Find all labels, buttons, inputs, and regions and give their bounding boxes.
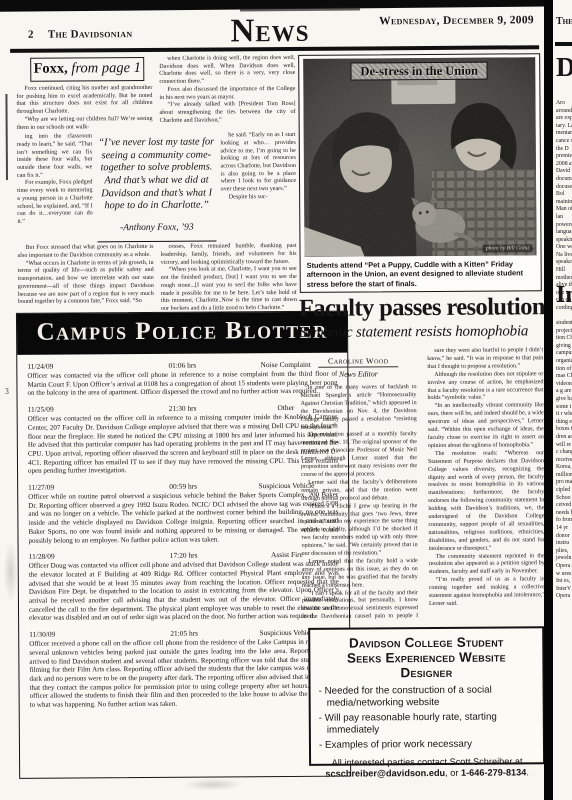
ad-contact: All interested parties contact Scott Sch…: [319, 756, 535, 780]
foxx-paragraph: he said. “Early on as I start looking at…: [220, 132, 296, 194]
faculty-paragraph: “There’s a cliché I grew up hearing in t…: [301, 503, 417, 559]
foxx-article: Foxx, from page 1 Foxx continued, citing…: [16, 55, 297, 311]
scan-smudge: [4, 542, 18, 602]
blotter-entry-body: Officer was contacted via the officer ce…: [27, 370, 337, 398]
faculty-subhead: Symbolic statement resists homophobia: [299, 322, 545, 342]
ad-contact-sep: , or: [445, 767, 461, 777]
blotter-entry-time: 00:59 hrs: [131, 481, 234, 491]
foxx-column-2: when Charlotte is doing well, the region…: [159, 55, 296, 131]
byline-name: Caroline Wood: [318, 356, 399, 368]
ad-contact-email: scschreiber@davidson.edu: [325, 767, 445, 778]
next-page-rule: [555, 42, 572, 46]
faculty-paragraph: sure they were also hurtful to people I …: [427, 347, 543, 372]
faculty-paragraph: Lerner said that the faculty’s deliberat…: [301, 479, 417, 504]
pull-quote: “I’ve never lost my taste for seeing a c…: [97, 133, 216, 243]
foxx-headline-jump: from page 1: [68, 60, 141, 77]
blotter-entry: 11/30/09 21:05 hrs Suspicious Vehicle Of…: [29, 628, 340, 710]
blotter-entry-date: 11/25/09: [28, 404, 131, 414]
foxx-paragraph: when Charlotte is doing well, the region…: [159, 55, 295, 87]
foxx-strip-left: ing into the classroom ready to learn,” …: [17, 134, 93, 227]
ad-title: Davidson College Student Seeks Experienc…: [332, 634, 520, 680]
photo-credit: photo by Bill Giduz: [483, 244, 533, 252]
foxx-paragraph: Foxx also discussed the importance of th…: [159, 86, 295, 102]
foxx-strip-right: he said. “Early on as I start looking at…: [220, 132, 296, 202]
next-page-masthead-fragment: The D: [556, 16, 572, 27]
ad-box: Davidson College Student Seeks Experienc…: [308, 626, 545, 766]
blotter-entry-time: 01:06 hrs: [131, 360, 234, 370]
blotter-entry-date: 11/30/09: [29, 629, 132, 639]
faculty-paragraph: “In an intellectually vibrant community …: [428, 403, 544, 451]
ad-bullet: - Needed for the construction of a socia…: [319, 684, 535, 709]
page-gutter: [544, 0, 553, 800]
next-page-headline-fragment: De: [556, 52, 572, 83]
foxx-headline-name: Foxx,: [33, 61, 67, 77]
blotter-entry-date: 11/28/09: [29, 551, 132, 561]
faculty-paragraph: The resolution reads: “Whereas our State…: [428, 450, 545, 554]
scan-edge-line: [5, 94, 8, 180]
ad-bullet: - Examples of prior work necessary: [319, 738, 535, 751]
blotter-entry-body: Officer while on routine patrol observed…: [28, 491, 338, 545]
byline-title: News Editor: [306, 369, 410, 379]
photo-caption: Students attend “Pet a Puppy, Cuddle wit…: [301, 255, 541, 289]
blotter-entry-body: Officer was contacted on the officer cel…: [28, 413, 338, 476]
ad-contact-text: All interested parties contact Scott Sch…: [332, 756, 523, 767]
foxx-column-1: Foxx, from page 1 Foxx continued, citing…: [16, 56, 153, 132]
blotter-entry-date: 11/27/09: [28, 482, 131, 492]
page-sheet: 2The Davidsonian News Wednesday, Decembe…: [0, 0, 572, 800]
foxx-paragraph: ing into the classroom ready to learn,” …: [17, 134, 93, 181]
faculty-headline: Faculty passes resolution: [299, 294, 545, 322]
blotter-entry: 11/27/09 00:59 hrs Suspicious Vehicle Of…: [28, 481, 338, 545]
faculty-column-2: sure they were also hurtful to people I …: [427, 347, 545, 621]
foxx-bottom-left: But Foxx stressed that what goes on in C…: [17, 244, 153, 311]
pull-quote-attribution: -Anthony Foxx, ’93: [99, 221, 215, 234]
faculty-paragraph: Lerner noted that the faculty hold a wid…: [302, 558, 418, 590]
blotter-entry: 11/24/09 01:06 hrs Noise Complaint Offic…: [27, 360, 337, 398]
destress-photo-box: De-stress in the Union photo by Bill Gid…: [298, 53, 542, 293]
foxx-bottom-right: cesses, Foxx remained humble, thanking p…: [160, 243, 296, 311]
blotter-entry: 11/25/09 21:30 hrs Other Officer was con…: [28, 403, 338, 476]
faculty-paragraph: “I’m really proud of us as a faculty in …: [429, 576, 545, 608]
foxx-paragraph: “What occurs in Charlotte in terms of jo…: [18, 260, 154, 307]
photo-illustration: [303, 57, 536, 257]
foxx-paragraph: For example, Foxx pledged time every wee…: [17, 180, 93, 227]
next-page-headline-fragment-2: In: [556, 282, 572, 309]
foxx-headline: Foxx, from page 1: [30, 57, 144, 82]
blotter-entry-time: 21:30 hrs: [131, 403, 234, 413]
faculty-paragraph: In one of the many waves of backlash to …: [300, 384, 416, 432]
foxx-paragraph: “Why are we letting our children fail? W…: [17, 116, 153, 132]
faculty-column-1: Caroline Wood News Editor In one of the …: [300, 348, 418, 622]
foxx-paragraph: Foxx continued, citing his mother and gr…: [16, 85, 152, 117]
next-page-text-fragment-2: student project tion Ch giving campus or…: [556, 320, 572, 601]
faculty-article: Caroline Wood News Editor In one of the …: [300, 347, 545, 622]
faculty-paragraph: Although the resolution does not stipula…: [427, 371, 543, 403]
pull-quote-text: “I’ve never lost my taste for seeing a c…: [98, 137, 215, 213]
blotter-entry-date: 11/24/09: [27, 361, 130, 371]
foxx-paragraph: Despite his suc-: [221, 194, 296, 202]
next-page-text-fragment: Aro around t are expe tary. La mentary c…: [556, 100, 572, 313]
faculty-paragraph: The community statement reprinted in the…: [429, 553, 545, 578]
foxx-paragraph: cesses, Foxx remained humble, thanking p…: [160, 243, 296, 267]
destress-banner: De-stress in the Union: [350, 62, 488, 81]
faculty-paragraph: “I can’t speak for all of the faculty an…: [302, 590, 418, 622]
ad-contact-phone: 1-646-279-8134: [461, 767, 526, 777]
blotter-title-banner: Campus Police Blotter: [17, 312, 347, 355]
issue-date: Wednesday, December 9, 2009: [379, 14, 534, 27]
blotter-entry-time: 17:20 hrs: [132, 551, 235, 561]
destress-photo: De-stress in the Union photo by Bill Gid…: [303, 57, 536, 257]
byline: Caroline Wood News Editor: [306, 350, 410, 379]
foxx-paragraph: “When you look at me, Charlotte, I want …: [161, 266, 297, 310]
scan-smudge: [183, 778, 243, 790]
foxx-paragraph: But Foxx stressed that what goes on in C…: [17, 244, 153, 260]
blotter-entry: 11/28/09 17:20 hrs Assist Fire Officer D…: [29, 550, 339, 623]
ad-bullets: - Needed for the construction of a socia…: [319, 684, 535, 751]
faculty-paragraph: The resolution passed at a monthly facul…: [301, 432, 417, 480]
blotter-entry-body: Officer received a phone call on the off…: [29, 638, 339, 710]
foxx-paragraph: “I’ve already talked with [President Tom…: [159, 101, 295, 125]
newspaper-page: 2The Davidsonian News Wednesday, Decembe…: [0, 0, 572, 800]
ad-bullet: - Will pay reasonable hourly rate, start…: [319, 711, 535, 736]
blotter-entry-time: 21:05 hrs: [132, 629, 235, 639]
blotter-entry-body: Officer Doug was contacted via officer c…: [29, 560, 339, 623]
margin-mark: 3: [4, 386, 9, 396]
next-page-sliver: The D De Aro around t are expe tary. La …: [553, 0, 572, 800]
ad-contact-end: .: [526, 767, 529, 777]
